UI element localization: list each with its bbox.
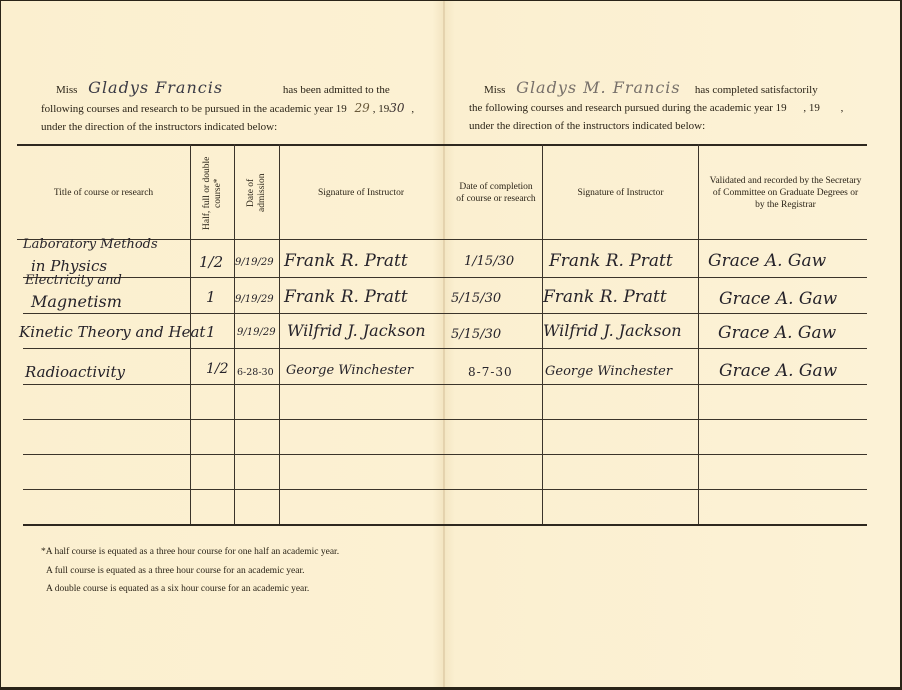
row1-date-admission: 9/19/29	[235, 257, 274, 268]
right-line2-end: ,	[823, 102, 844, 114]
row-line	[23, 313, 867, 314]
row-line	[23, 277, 867, 278]
row2-title-line1: Electricity and	[25, 273, 122, 288]
row4-date-admission: 6-28-30	[237, 367, 274, 378]
header-date-completion: Date of completion of course or research	[451, 146, 541, 239]
document-paper: Miss Gladys Francis has been admitted to…	[1, 1, 900, 687]
header-date-admission-label: Date of admission	[246, 163, 268, 223]
row-line	[23, 419, 867, 420]
row-line	[23, 489, 867, 490]
left-line2-end: ,	[407, 103, 414, 115]
row4-instructor: George Winchester	[286, 363, 413, 378]
left-line2: following courses and research to be pur…	[41, 103, 347, 115]
row-line	[23, 454, 867, 455]
left-admitted-text: has been admitted to the	[271, 84, 390, 96]
right-salutation: Miss	[484, 84, 505, 96]
left-line3: under the direction of the instructors i…	[41, 118, 414, 136]
header-half-full-label: Half, full or double course*	[202, 153, 224, 233]
col-divider	[698, 144, 699, 524]
row-line	[23, 384, 867, 385]
row2-date-completion: 5/15/30	[451, 291, 501, 306]
row3-date-admission: 9/19/29	[237, 327, 276, 338]
row2-title-line2: Magnetism	[31, 292, 122, 311]
row3-validated-by: Grace A. Gaw	[718, 323, 836, 343]
footnote-double: A double course is equated as a six hour…	[41, 580, 339, 599]
left-year-end-prefix: 19	[378, 103, 389, 115]
footnote-full: A full course is equated as a three hour…	[41, 562, 339, 581]
page-fold	[443, 1, 445, 687]
row1-validated-by: Grace A. Gaw	[708, 251, 826, 271]
right-line2: the following courses and research pursu…	[469, 102, 787, 114]
row4-date-completion: 8-7-30	[468, 365, 513, 379]
row4-instructor-completion: George Winchester	[545, 364, 672, 379]
left-year-end: 30	[389, 101, 404, 115]
right-intro: Miss Gladys M. Francis has completed sat…	[469, 79, 843, 135]
right-completed-text: has completed satisfactorily	[689, 84, 818, 96]
header-validated: Validated and recorded by the Secretary …	[704, 146, 867, 239]
row3-instructor-completion: Wilfrid J. Jackson	[543, 321, 682, 340]
header-date-admission: Date of admission	[235, 146, 279, 239]
row2-date-admission: 9/19/29	[235, 294, 274, 305]
row1-instructor: Frank R. Pratt	[284, 251, 408, 271]
table-bottom-border	[23, 524, 867, 526]
header-signature-left: Signature of Instructor	[280, 146, 442, 239]
row3-instructor: Wilfrid J. Jackson	[287, 321, 426, 340]
row3-course: 1	[206, 323, 216, 341]
header-signature-right: Signature of Instructor	[543, 146, 698, 239]
row4-validated-by: Grace A. Gaw	[719, 361, 837, 381]
left-year-start: 29	[350, 101, 373, 115]
row1-instructor-completion: Frank R. Pratt	[549, 251, 673, 271]
row1-title-line1: Laboratory Methods	[23, 237, 158, 252]
row1-date-completion: 1/15/30	[464, 254, 514, 269]
left-salutation: Miss	[56, 84, 77, 96]
right-line2-mid: , 19	[789, 102, 820, 114]
right-line3: under the direction of the instructors i…	[469, 117, 843, 135]
left-student-name: Gladys Francis	[80, 79, 268, 97]
row2-instructor: Frank R. Pratt	[284, 287, 408, 307]
row4-course: 1/2	[206, 361, 229, 377]
row3-title: Kinetic Theory and Heat	[19, 323, 205, 341]
header-half-full: Half, full or double course*	[191, 146, 234, 239]
footnotes: *A half course is equated as a three hou…	[41, 543, 339, 599]
row1-course: 1/2	[199, 253, 223, 271]
row3-date-completion: 5/15/30	[451, 327, 501, 342]
row2-course: 1	[206, 288, 216, 306]
row-line	[23, 348, 867, 349]
header-title: Title of course or research	[17, 146, 190, 239]
row4-title: Radioactivity	[25, 363, 125, 381]
row2-instructor-completion: Frank R. Pratt	[543, 287, 667, 307]
left-intro: Miss Gladys Francis has been admitted to…	[41, 79, 414, 136]
row2-validated-by: Grace A. Gaw	[719, 289, 837, 309]
footnote-half: *A half course is equated as a three hou…	[41, 543, 339, 562]
right-student-name: Gladys M. Francis	[508, 79, 686, 97]
